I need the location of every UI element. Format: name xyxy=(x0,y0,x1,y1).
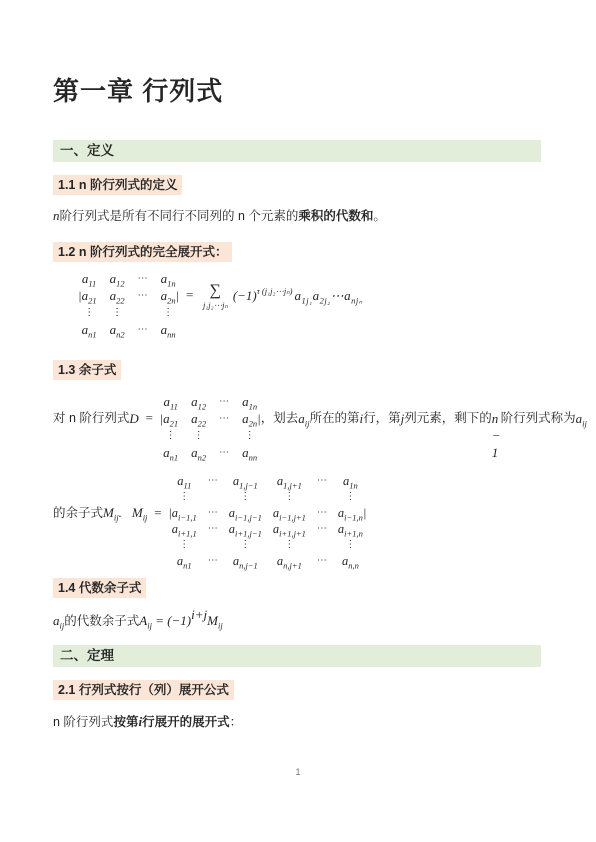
matrix-cell: ⋮ xyxy=(161,304,176,321)
separator: . xyxy=(119,505,122,521)
matrix-cell xyxy=(317,489,327,505)
matrix-cell: an2 xyxy=(110,321,125,338)
matrix-cell: ⋮ xyxy=(191,427,206,444)
matrix-cell: a11 xyxy=(82,270,97,287)
text-run-bold: 乘积的代数和 xyxy=(298,209,373,223)
matrix-cell: a1,j+1 xyxy=(273,473,306,489)
text-run: n 阶行列式 xyxy=(53,715,113,729)
matrix-cell: a12 xyxy=(110,270,125,287)
matrix-cell: an2 xyxy=(191,444,206,461)
text-run: 的代数余子式 xyxy=(64,614,139,628)
subsection-1-1: 1.1 n 阶行列式的定义 xyxy=(53,175,557,195)
formula-minor-matrix: 的余子式 Mij . Mij = | a11⋯a1,j−1a1,j+1⋯a1n⋮… xyxy=(53,473,557,569)
math-A-ij-eq: Aij = (−1) xyxy=(139,613,191,628)
section-header-definitions: 一、定义 xyxy=(53,140,541,162)
minor-matrix: a11⋯a1,j−1a1,j+1⋯a1n⋮⋮⋮⋮ai−1,1⋯ai−1,j−1a… xyxy=(172,473,363,569)
section-header-label: 一、定义 xyxy=(60,143,114,158)
matrix-cell: a1,j−1 xyxy=(229,473,262,489)
document-page: 第一章 行列式 一、定义 1.1 n 阶行列式的定义 n阶行列式是所有不同行不同… xyxy=(0,0,596,842)
text-run: ，划去 xyxy=(261,410,299,427)
matrix-cell: a2n xyxy=(161,287,176,304)
matrix-cell: a12 xyxy=(191,393,206,410)
matrix-cell: an,j−1 xyxy=(229,553,262,569)
text-run: 。 xyxy=(373,209,386,223)
paragraph-cofactor: aij的代数余子式Aij = (−1)i+jMij xyxy=(53,611,557,631)
math-M-ij: Mij xyxy=(207,613,223,628)
math-var-D: D xyxy=(129,410,138,427)
matrix-cell: ⋮ xyxy=(229,489,262,505)
text-run: 的余子式 xyxy=(53,505,103,521)
matrix-cell: ⋮ xyxy=(172,537,197,553)
matrix-cell: ai−1,j−1 xyxy=(229,505,262,521)
matrix-cell: ⋮ xyxy=(242,427,257,444)
matrix-cell: ⋯ xyxy=(317,505,327,521)
product-term: a1j₁a2j₂⋯anjₙ xyxy=(294,287,362,304)
matrix-cell: ⋯ xyxy=(219,410,229,427)
matrix-cell xyxy=(138,304,148,321)
matrix-cell: an1 xyxy=(172,553,197,569)
subsection-2-1: 2.1 行列式按行（列）展开公式 xyxy=(53,680,557,700)
math-a-ij: aij xyxy=(298,410,309,427)
matrix-cell: ⋯ xyxy=(208,521,218,537)
matrix-cell: ⋯ xyxy=(317,521,327,537)
matrix-cell: a21 xyxy=(82,287,97,304)
text-run-bold: 按第 xyxy=(113,715,138,729)
matrix-cell: ai−1,j+1 xyxy=(273,505,306,521)
matrix-cell: ⋮ xyxy=(82,304,97,321)
math-M-ij: Mij xyxy=(132,505,148,521)
summation-index: j₁j₂⋯jₙ xyxy=(203,300,228,310)
matrix-cell: ⋯ xyxy=(138,270,148,287)
matrix-cell: a1n xyxy=(161,270,176,287)
right-determinant-bar: | xyxy=(176,287,180,304)
matrix-cell xyxy=(208,537,218,553)
matrix-cell: ann xyxy=(242,444,257,461)
matrix-cell: ⋯ xyxy=(219,444,229,461)
equals-sign: = xyxy=(153,505,162,521)
subsection-1-3-label: 1.3 余子式 xyxy=(53,360,121,380)
matrix-cell: ai+1,j+1 xyxy=(273,521,306,537)
matrix-cell: ⋮ xyxy=(273,489,306,505)
matrix-cell: ⋮ xyxy=(163,427,178,444)
matrix-cell xyxy=(317,537,327,553)
sign-factor: (−1)τ (j₁j₂⋯jₙ) xyxy=(233,287,293,304)
matrix-cell: an,j+1 xyxy=(273,553,306,569)
right-determinant-bar: | xyxy=(363,505,367,521)
paragraph-definition-1-1: n阶行列式是所有不同行不同列的 n 个元素的乘积的代数和。 xyxy=(53,206,557,226)
page-content: 第一章 行列式 一、定义 1.1 n 阶行列式的定义 n阶行列式是所有不同行不同… xyxy=(0,0,596,731)
formula-complete-expansion: | a11a12⋯a1na21a22⋯a2n⋮⋮⋮an1an2⋯ann | = … xyxy=(78,270,557,338)
section-header-theorems: 二、定理 xyxy=(53,645,541,667)
cofactor-exponent: i+j xyxy=(191,607,207,622)
matrix-cell: ⋮ xyxy=(229,537,262,553)
matrix-cell: ⋯ xyxy=(208,505,218,521)
text-run: 所在的第 xyxy=(309,410,359,427)
text-run: 对 n 阶行列式 xyxy=(53,410,129,427)
matrix-cell: ⋯ xyxy=(219,393,229,410)
matrix-cell: an1 xyxy=(82,321,97,338)
matrix-cell: ann xyxy=(161,321,176,338)
section-header-label: 二、定理 xyxy=(60,648,114,663)
matrix-cell: ⋯ xyxy=(138,287,148,304)
matrix-cell: ⋮ xyxy=(110,304,125,321)
subsection-1-3: 1.3 余子式 xyxy=(53,360,557,380)
matrix-cell: a1n xyxy=(338,473,363,489)
equals-sign: = xyxy=(185,287,194,303)
subsection-1-4-label: 1.4 代数余子式 xyxy=(53,578,146,598)
text-run: ： xyxy=(230,715,243,729)
paragraph-expansion: n 阶行列式按第i行展开的展开式： xyxy=(53,712,557,732)
text-run: 阶行列式是所有不同行不同列的 n 个元素的 xyxy=(60,209,299,223)
matrix-cell: ⋮ xyxy=(338,489,363,505)
matrix-cell: ⋮ xyxy=(172,489,197,505)
matrix-cell xyxy=(219,427,229,444)
determinant-matrix: a11a12⋯a1na21a22⋯a2n⋮⋮⋮an1an2⋯ann xyxy=(82,270,176,338)
matrix-cell: an,n xyxy=(338,553,363,569)
matrix-cell: ai−1,n xyxy=(338,505,363,521)
matrix-cell: ⋮ xyxy=(273,537,306,553)
sign-base: (−1) xyxy=(233,288,257,303)
matrix-cell: a11 xyxy=(172,473,197,489)
math-a-ij: aij xyxy=(53,613,64,628)
subsection-1-2: 1.2 n 阶行列式的完全展开式： xyxy=(53,242,557,262)
sigma-icon: ∑ xyxy=(210,281,221,300)
matrix-cell: ⋯ xyxy=(138,321,148,338)
matrix-cell: ⋯ xyxy=(317,473,327,489)
matrix-cell: ai+1,j−1 xyxy=(229,521,262,537)
matrix-cell: ⋯ xyxy=(317,553,327,569)
text-run: 阶行列式称为 xyxy=(501,410,576,427)
math-M-ij: Mij xyxy=(103,505,119,521)
subsection-2-1-label: 2.1 行列式按行（列）展开公式 xyxy=(53,680,234,700)
matrix-cell: ⋮ xyxy=(338,537,363,553)
text-run-bold: 行展开的展开式 xyxy=(142,715,230,729)
subsection-1-2-label: 1.2 n 阶行列式的完全展开式： xyxy=(53,242,232,262)
matrix-cell: a22 xyxy=(110,287,125,304)
matrix-cell: a1n xyxy=(242,393,257,410)
math-n-minus-1: n − 1 xyxy=(492,410,501,461)
summation-symbol: ∑ j₁j₂⋯jₙ xyxy=(203,281,228,310)
matrix-cell: a21 xyxy=(163,410,178,427)
matrix-cell: ai+1,1 xyxy=(172,521,197,537)
text-run: 列元素，剩下的 xyxy=(404,410,492,427)
subsection-1-1-label: 1.1 n 阶行列式的定义 xyxy=(53,175,182,195)
matrix-cell: a11 xyxy=(163,393,178,410)
matrix-cell: a22 xyxy=(191,410,206,427)
page-number: 1 xyxy=(0,767,596,777)
matrix-cell: a2n xyxy=(242,410,257,427)
matrix-cell: ⋯ xyxy=(208,473,218,489)
matrix-cell xyxy=(208,489,218,505)
determinant-matrix: a11a12⋯a1na21a22⋯a2n⋮⋮⋮an1an2⋯ann xyxy=(163,393,257,461)
equals-sign: = xyxy=(145,410,154,426)
matrix-cell: an1 xyxy=(163,444,178,461)
text-run: 行，第 xyxy=(363,410,401,427)
page-title: 第一章 行列式 xyxy=(53,76,557,106)
matrix-cell: ai+1,n xyxy=(338,521,363,537)
formula-minor-setup: 对 n 阶行列式 D = | a11a12⋯a1na21a22⋯a2n⋮⋮⋮an… xyxy=(53,393,557,461)
matrix-cell: ai−1,1 xyxy=(172,505,197,521)
sign-exponent: τ (j₁j₂⋯jₙ) xyxy=(257,286,293,296)
subsection-1-4: 1.4 代数余子式 xyxy=(53,578,557,598)
math-a-ij: aij xyxy=(576,410,587,427)
matrix-cell: ⋯ xyxy=(208,553,218,569)
